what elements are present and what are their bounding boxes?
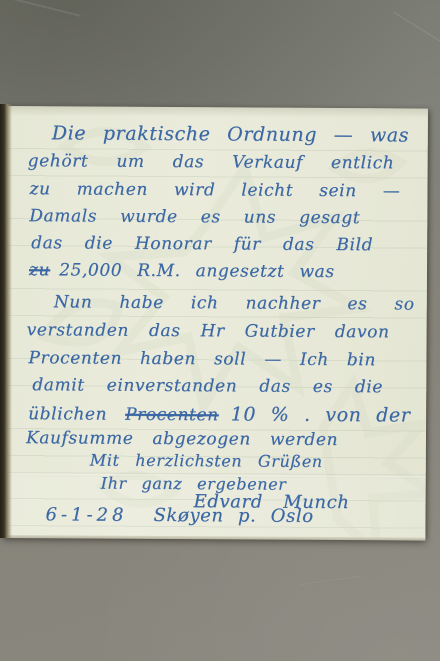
- letter-line: gehört um das Verkauf entlich: [28, 151, 395, 173]
- letter-line: zu25,000 R.M. angesetzt was: [29, 260, 335, 282]
- strikethrough-word: zu: [29, 260, 50, 280]
- photo-background: Die praktische Ordnung — was gehört um d…: [0, 0, 440, 661]
- letter-line: Procenten haben soll — Ich bin: [28, 348, 376, 370]
- strikethrough-word: Procenten: [125, 405, 219, 426]
- notebook-spine-shadow: [0, 104, 12, 538]
- letter-word-segment: 25,000 R.M. angesetzt was: [59, 260, 335, 282]
- letter-line: üblichenProcenten10 % . von der: [28, 402, 410, 426]
- letter-line: Die praktische Ordnung — was: [52, 122, 409, 146]
- date-line: 6-1-28Skøyen p. Oslo: [45, 504, 313, 527]
- letter-word-segment: 10 % . von der: [231, 403, 411, 426]
- date: 6-1-28: [45, 504, 127, 526]
- letter-page: Die praktische Ordnung — was gehört um d…: [2, 106, 428, 539]
- background-scratch: [393, 12, 440, 50]
- letter-line: das die Honorar für das Bild: [31, 233, 373, 255]
- background-scratch: [300, 576, 360, 585]
- letter-line: zu machen wird leicht sein —: [29, 179, 400, 201]
- letter-line: damit einverstanden das es die: [32, 375, 383, 397]
- letter-closing: Mit herzlichsten Grüßen: [90, 451, 323, 471]
- place: Skøyen p. Oslo: [153, 505, 313, 527]
- background-scratch: [0, 0, 81, 17]
- letter-word-segment: üblichen: [28, 404, 107, 424]
- letter-line: Damals wurde es uns gesagt: [29, 206, 360, 228]
- letter-line: Kaufsumme abgezogen werden: [26, 428, 338, 450]
- letter-line: verstanden das Hr Gutbier davon: [27, 320, 390, 342]
- letter-line: Nun habe ich nachher es so: [54, 292, 415, 314]
